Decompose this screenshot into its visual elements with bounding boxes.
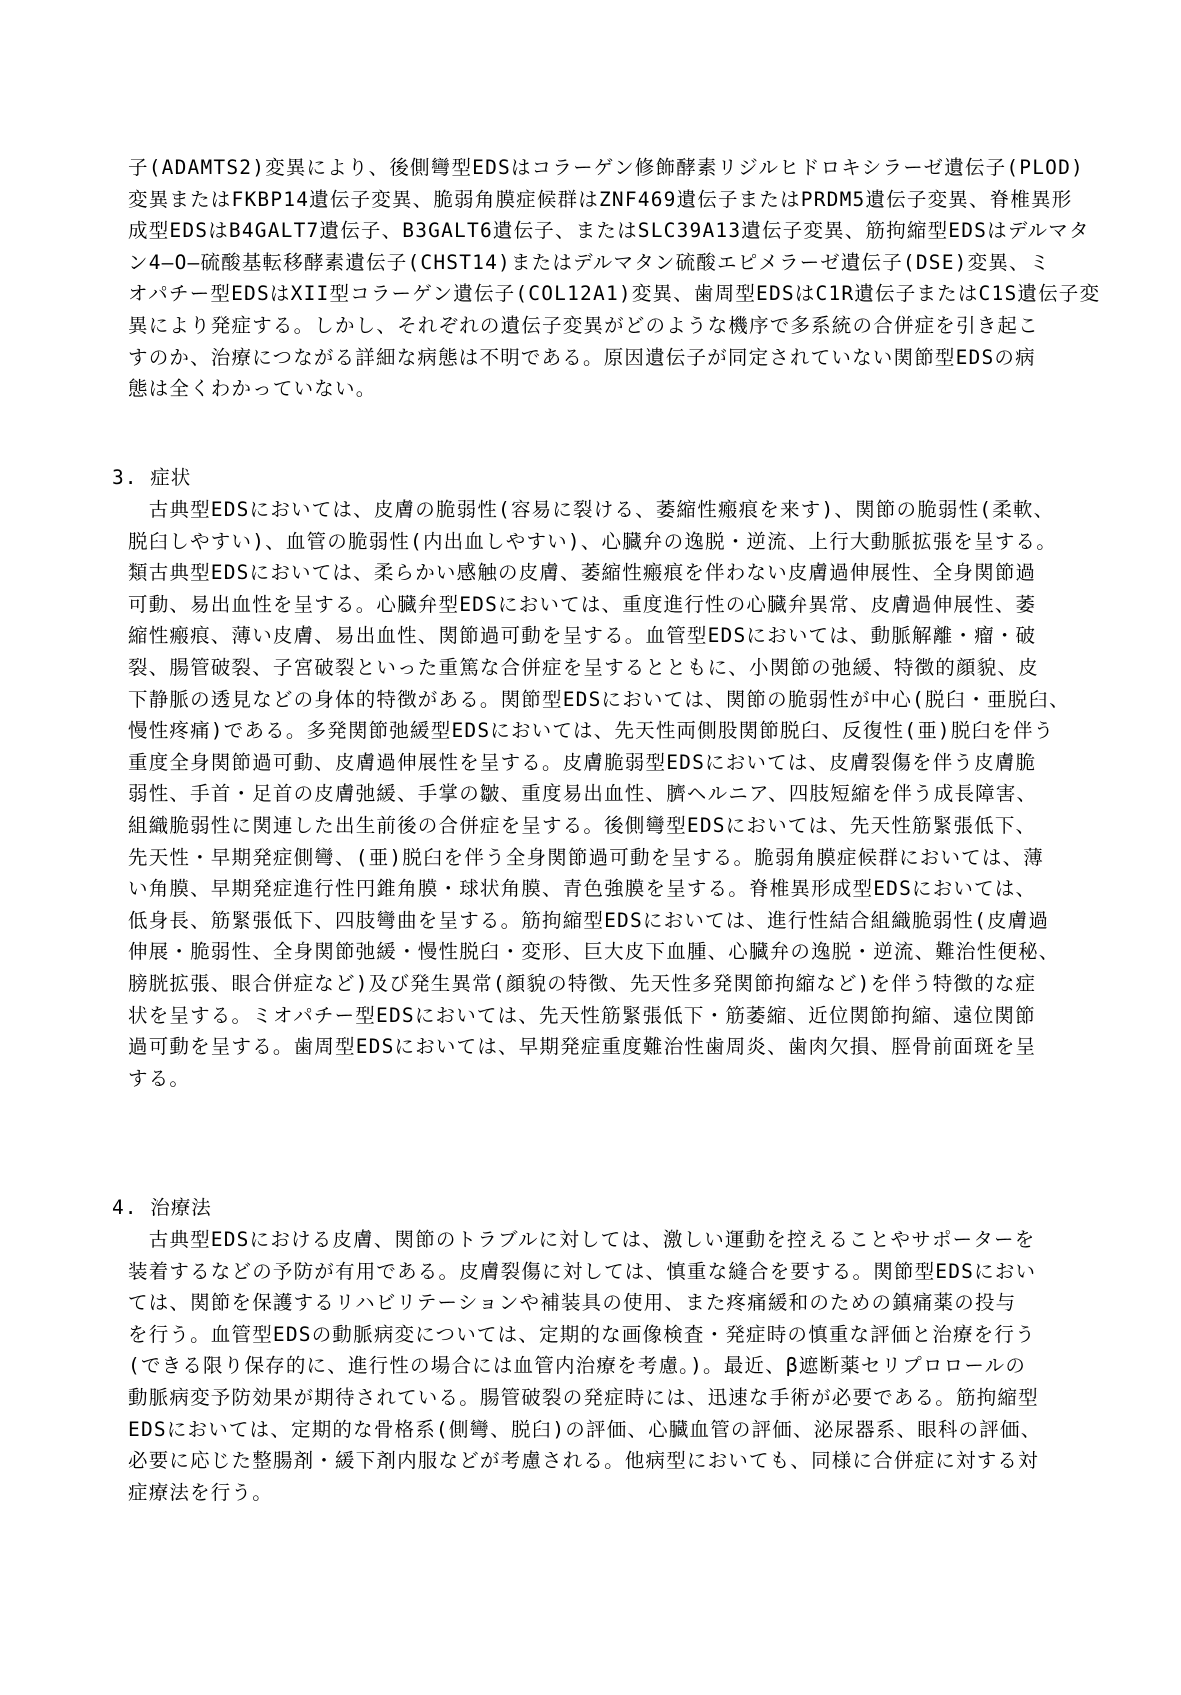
section-heading-treatment: 4. 治療法: [112, 1192, 212, 1224]
text-line: 裂、腸管破裂、子宮破裂といった重篤な合併症を呈するとともに、小関節の弛緩、特徴的…: [128, 652, 1098, 684]
text-line: 古典型EDSにおいては、皮膚の脆弱性(容易に裂ける、萎縮性瘢痕を来す)、関節の脆…: [128, 494, 1098, 526]
section-heading-symptoms: 3. 症状: [112, 462, 191, 494]
text-line: 組織脆弱性に関連した出生前後の合併症を呈する。後側彎型EDSにおいては、先天性筋…: [128, 810, 1098, 842]
text-line: EDSにおいては、定期的な骨格系(側彎、脱臼)の評価、心臓血管の評価、泌尿器系、…: [128, 1414, 1098, 1446]
text-line: 下静脈の透見などの身体的特徴がある。関節型EDSにおいては、関節の脆弱性が中心(…: [128, 684, 1098, 716]
text-line: 縮性瘢痕、薄い皮膚、易出血性、関節過可動を呈する。血管型EDSにおいては、動脈解…: [128, 620, 1098, 652]
symptoms-paragraph: 古典型EDSにおいては、皮膚の脆弱性(容易に裂ける、萎縮性瘢痕を来す)、関節の脆…: [128, 494, 1098, 1094]
text-line: 膀胱拡張、眼合併症など)及び発生異常(顔貌の特徴、先天性多発関節拘縮など)を伴う…: [128, 968, 1098, 1000]
text-line: 低身長、筋緊張低下、四肢彎曲を呈する。筋拘縮型EDSにおいては、進行性結合組織脆…: [128, 905, 1098, 937]
treatment-paragraph: 古典型EDSにおける皮膚、関節のトラブルに対しては、激しい運動を控えることやサポ…: [128, 1224, 1098, 1508]
text-line: ては、関節を保護するリハビリテーションや補装具の使用、また疼痛緩和のための鎮痛薬…: [128, 1287, 1098, 1319]
text-line: 伸展・脆弱性、全身関節弛緩・慢性脱臼・変形、巨大皮下血腫、心臓弁の逸脱・逆流、難…: [128, 936, 1098, 968]
text-line: 必要に応じた整腸剤・緩下剤内服などが考慮される。他病型においても、同様に合併症に…: [128, 1445, 1098, 1477]
text-line: 成型EDSはB4GALT7遺伝子、B3GALT6遺伝子、またはSLC39A13遺…: [128, 215, 1098, 247]
text-line: する。: [128, 1063, 1098, 1095]
document-page: 子(ADAMTS2)変異により、後側彎型EDSはコラーゲン修飾酵素リジルヒドロキ…: [0, 0, 1181, 1695]
text-line: オパチー型EDSはXII型コラーゲン遺伝子(COL12A1)変異、歯周型EDSは…: [128, 278, 1098, 310]
text-line: すのか、治療につながる詳細な病態は不明である。原因遺伝子が同定されていない関節型…: [128, 342, 1098, 374]
intro-paragraph: 子(ADAMTS2)変異により、後側彎型EDSはコラーゲン修飾酵素リジルヒドロキ…: [128, 152, 1098, 405]
text-line: 脱臼しやすい)、血管の脆弱性(内出血しやすい)、心臓弁の逸脱・逆流、上行大動脈拡…: [128, 526, 1098, 558]
text-line: (できる限り保存的に、進行性の場合には血管内治療を考慮。)。最近、β遮断薬セリプ…: [128, 1350, 1098, 1382]
text-line: ン4―O―硫酸基転移酵素遺伝子(CHST14)またはデルマタン硫酸エピメラーゼ遺…: [128, 247, 1098, 279]
text-line: 症療法を行う。: [128, 1477, 1098, 1509]
text-line: い角膜、早期発症進行性円錐角膜・球状角膜、青色強膜を呈する。脊椎異形成型EDSに…: [128, 873, 1098, 905]
text-line: 古典型EDSにおける皮膚、関節のトラブルに対しては、激しい運動を控えることやサポ…: [128, 1224, 1098, 1256]
text-line: 装着するなどの予防が有用である。皮膚裂傷に対しては、慎重な縫合を要する。関節型E…: [128, 1256, 1098, 1288]
text-line: 類古典型EDSにおいては、柔らかい感触の皮膚、萎縮性瘢痕を伴わない皮膚過伸展性、…: [128, 557, 1098, 589]
text-line: 状を呈する。ミオパチー型EDSにおいては、先天性筋緊張低下・筋萎縮、近位関節拘縮…: [128, 1000, 1098, 1032]
text-line: 過可動を呈する。歯周型EDSにおいては、早期発症重度難治性歯周炎、歯肉欠損、脛骨…: [128, 1031, 1098, 1063]
text-line: 弱性、手首・足首の皮膚弛緩、手掌の皺、重度易出血性、臍ヘルニア、四肢短縮を伴う成…: [128, 778, 1098, 810]
text-line: 異により発症する。しかし、それぞれの遺伝子変異がどのような機序で多系統の合併症を…: [128, 310, 1098, 342]
text-line: 変異またはFKBP14遺伝子変異、脆弱角膜症候群はZNF469遺伝子またはPRD…: [128, 184, 1098, 216]
text-line: 慢性疼痛)である。多発関節弛緩型EDSにおいては、先天性両側股関節脱臼、反復性(…: [128, 715, 1098, 747]
text-line: 先天性・早期発症側彎、(亜)脱臼を伴う全身関節過可動を呈する。脆弱角膜症候群にお…: [128, 842, 1098, 874]
text-line: 重度全身関節過可動、皮膚過伸展性を呈する。皮膚脆弱型EDSにおいては、皮膚裂傷を…: [128, 747, 1098, 779]
text-line: 態は全くわかっていない。: [128, 373, 1098, 405]
text-line: 子(ADAMTS2)変異により、後側彎型EDSはコラーゲン修飾酵素リジルヒドロキ…: [128, 152, 1098, 184]
text-line: 動脈病変予防効果が期待されている。腸管破裂の発症時には、迅速な手術が必要である。…: [128, 1382, 1098, 1414]
text-line: 可動、易出血性を呈する。心臓弁型EDSにおいては、重度進行性の心臓弁異常、皮膚過…: [128, 589, 1098, 621]
text-line: を行う。血管型EDSの動脈病変については、定期的な画像検査・発症時の慎重な評価と…: [128, 1319, 1098, 1351]
